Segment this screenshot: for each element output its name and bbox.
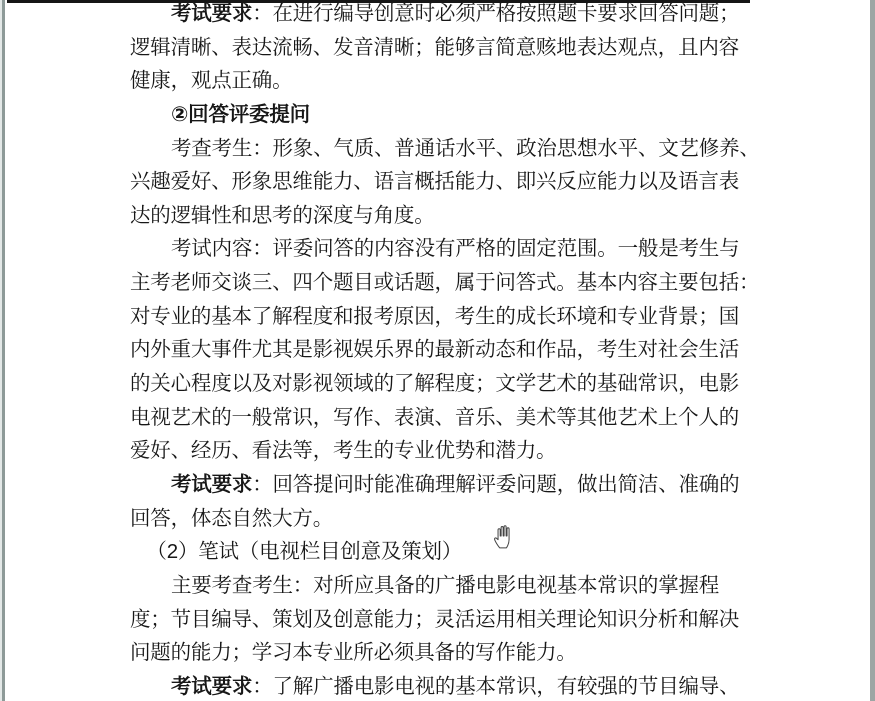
text-segment: 逻辑清晰、表达流畅、发音清晰；能够言简意赅地表达观点，且内容 [130, 36, 739, 59]
text-line: 考试内容：评委问答的内容没有严格的固定范围。一般是考生与 [130, 232, 755, 266]
text-line: 的关心程度以及对影视领域的了解程度；文学艺术的基础常识，电影 [130, 367, 755, 401]
bold-text-segment: 考试要求 [171, 473, 252, 496]
text-line: 达的逻辑性和思考的深度与角度。 [130, 199, 755, 233]
text-segment: 电视艺术的一般常识，写作、表演、音乐、美术等其他艺术上个人的 [130, 406, 739, 429]
text-segment: 的关心程度以及对影视领域的了解程度；文学艺术的基础常识，电影 [130, 372, 739, 395]
hand-cursor-icon [492, 524, 515, 549]
text-segment: 回答，体态自然大方。 [130, 507, 333, 530]
text-segment: ：了解广播电影电视的基本常识，有较强的节目编导、 [252, 675, 739, 698]
text-line: 健康，观点正确。 [130, 64, 755, 98]
text-segment: 爱好、经历、看法等，考生的专业优势和潜力。 [130, 439, 556, 462]
text-line: 考试要求：在进行编导创意时必须严格按照题卡要求回答问题； [130, 0, 755, 31]
text-line: 电视艺术的一般常识，写作、表演、音乐、美术等其他艺术上个人的 [130, 401, 755, 435]
text-segment: 主要考查考生：对所应具备的广播电影电视基本常识的掌握程 [171, 574, 719, 597]
document-text: 考试要求：在进行编导创意时必须严格按照题卡要求回答问题；逻辑清晰、表达流畅、发音… [130, 0, 755, 701]
text-segment: 问题的能力；学习本专业所必须具备的写作能力。 [130, 641, 577, 664]
bold-text-segment: ②回答评委提问 [171, 103, 310, 126]
text-line: （2）笔试（电视栏目创意及策划） [130, 535, 755, 569]
text-segment: 健康，观点正确。 [130, 69, 292, 92]
text-segment: （2）笔试（电视栏目创意及策划） [146, 540, 462, 563]
text-segment: 考试内容：评委问答的内容没有严格的固定范围。一般是考生与 [171, 237, 739, 260]
bold-text-segment: 考试要求 [171, 675, 252, 698]
text-line: 主要考查考生：对所应具备的广播电影电视基本常识的掌握程 [130, 569, 755, 603]
text-segment: ：回答提问时能准确理解评委问题，做出简洁、准确的 [252, 473, 739, 496]
text-line: 内外重大事件尤其是影视娱乐界的最新动态和作品，考生对社会生活 [130, 333, 755, 367]
text-line: 兴趣爱好、形象思维能力、语言概括能力、即兴反应能力以及语言表 [130, 165, 755, 199]
text-line: 逻辑清晰、表达流畅、发音清晰；能够言简意赅地表达观点，且内容 [130, 31, 755, 65]
text-segment: 对专业的基本了解程度和报考原因，考生的成长环境和专业背景；国 [130, 305, 739, 328]
page-left-edge-border [2, 0, 5, 701]
text-line: 主考老师交谈三、四个题目或话题，属于问答式。基本内容主要包括： [130, 266, 755, 300]
bold-text-segment: 考试要求 [171, 2, 252, 25]
text-line: ②回答评委提问 [130, 98, 755, 132]
text-line: 问题的能力；学习本专业所必须具备的写作能力。 [130, 636, 755, 670]
text-segment: 内外重大事件尤其是影视娱乐界的最新动态和作品，考生对社会生活 [130, 338, 739, 361]
text-line: 考试要求：了解广播电影电视的基本常识，有较强的节目编导、 [130, 670, 755, 701]
text-line: 爱好、经历、看法等，考生的专业优势和潜力。 [130, 434, 755, 468]
text-line: 考查考生：形象、气质、普通话水平、政治思想水平、文艺修养、 [130, 132, 755, 166]
text-line: 回答，体态自然大方。 [130, 502, 755, 536]
text-segment: 度；节目编导、策划及创意能力；灵活运用相关理论知识分析和解决 [130, 608, 739, 631]
text-line: 度；节目编导、策划及创意能力；灵活运用相关理论知识分析和解决 [130, 603, 755, 637]
text-segment: 考查考生：形象、气质、普通话水平、政治思想水平、文艺修养、 [171, 137, 760, 160]
text-line: 考试要求：回答提问时能准确理解评委问题，做出简洁、准确的 [130, 468, 755, 502]
page-right-edge-border [870, 0, 875, 701]
document-page: 考试要求：在进行编导创意时必须严格按照题卡要求回答问题；逻辑清晰、表达流畅、发音… [0, 0, 875, 701]
text-segment: ：在进行编导创意时必须严格按照题卡要求回答问题； [252, 2, 739, 25]
text-segment: 达的逻辑性和思考的深度与角度。 [130, 204, 435, 227]
text-segment: 兴趣爱好、形象思维能力、语言概括能力、即兴反应能力以及语言表 [130, 170, 739, 193]
text-line: 对专业的基本了解程度和报考原因，考生的成长环境和专业背景；国 [130, 300, 755, 334]
text-segment: 主考老师交谈三、四个题目或话题，属于问答式。基本内容主要包括： [130, 271, 759, 294]
